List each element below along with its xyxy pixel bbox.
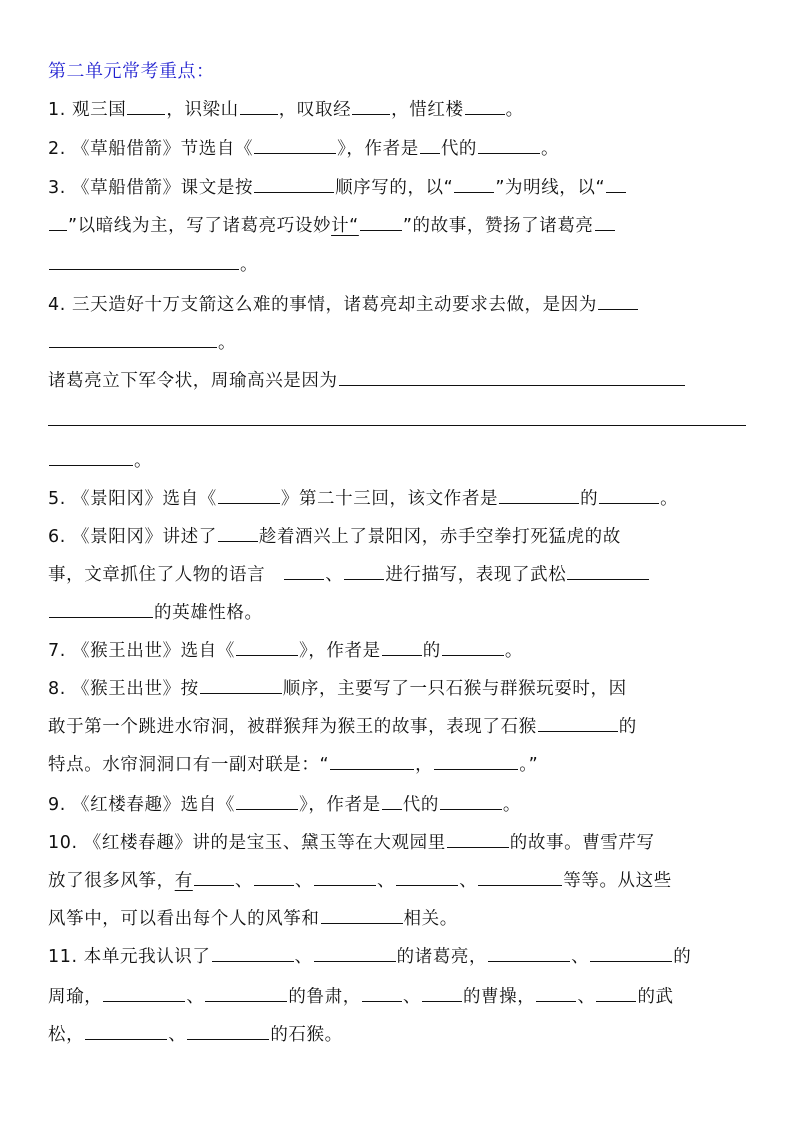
text: 、	[325, 565, 343, 585]
text: 的鲁肃，	[288, 987, 360, 1007]
question-2: 2. 《草船借箭》节选自《》，作者是代的。	[48, 134, 559, 160]
blank-field[interactable]	[606, 173, 626, 193]
blank-field[interactable]	[254, 134, 336, 154]
blank-field[interactable]	[49, 598, 153, 618]
question-4-line-1: 4. 三天造好十万支箭这么难的事情，诸葛亮却主动要求去做，是因为	[48, 290, 639, 316]
text: 4. 三天造好十万支箭这么难的事情，诸葛亮却主动要求去做，是因为	[48, 295, 597, 315]
text: 周瑜，	[48, 987, 102, 1007]
question-3-line-2: ”以暗线为主，写了诸葛亮巧设妙计“”的故事，赞扬了诸葛亮	[48, 211, 616, 237]
blank-field[interactable]	[447, 828, 509, 848]
blank-field[interactable]	[420, 134, 440, 154]
question-11-line-1: 11. 本单元我认识了、的诸葛亮，、的	[48, 942, 691, 968]
text: 5. 《景阳冈》选自《	[48, 489, 217, 509]
text: ，识梁山	[166, 100, 238, 120]
text: 的	[619, 717, 637, 737]
text: 、	[168, 1025, 186, 1045]
text: 9. 《红楼春趣》选自《	[48, 795, 235, 815]
text: 有	[175, 871, 193, 891]
blank-field[interactable]	[187, 1020, 269, 1040]
blank-field[interactable]	[49, 211, 67, 231]
text: 11. 本单元我认识了	[48, 947, 211, 967]
question-4-line-5: 。	[48, 446, 152, 472]
text: ，叹取经	[279, 100, 351, 120]
blank-field[interactable]	[254, 173, 334, 193]
blank-field[interactable]	[499, 484, 579, 504]
question-6-line-1: 6. 《景阳冈》讲述了趁着酒兴上了景阳冈，赤手空拳打死猛虎的故	[48, 522, 621, 548]
text: 事，文章抓住了人物的语言	[48, 565, 265, 585]
blank-field[interactable]	[454, 173, 494, 193]
text: 。	[240, 255, 258, 275]
question-3-line-1: 3. 《草船借箭》课文是按顺序写的，以“”为明线，以“	[48, 173, 627, 199]
text: ，	[415, 755, 433, 775]
question-3-line-3: 。	[48, 250, 258, 276]
question-8-line-3: 特点。水帘洞洞口有一副对联是：“，。”	[48, 750, 538, 776]
text: 、	[377, 871, 395, 891]
text: 、	[235, 871, 253, 891]
text: 7. 《猴王出世》选自《	[48, 641, 235, 661]
blank-field[interactable]	[362, 982, 402, 1002]
blank-field[interactable]	[538, 712, 618, 732]
question-9: 9. 《红楼春趣》选自《》，作者是代的。	[48, 790, 521, 816]
text: 放了很多风筝，	[48, 871, 175, 891]
text: 。	[506, 100, 524, 120]
text: 。	[503, 795, 521, 815]
blank-field[interactable]	[567, 560, 649, 580]
blank-field[interactable]	[478, 134, 540, 154]
text: 》第二十三回，该文作者是	[281, 489, 498, 509]
worksheet-page: 第二单元常考重点： 1. 观三国，识梁山，叹取经，惜红楼。 2. 《草船借箭》节…	[0, 0, 793, 1121]
text: 。	[541, 139, 559, 159]
text: 诸葛亮立下军令状，周瑜高兴是因为	[48, 371, 338, 391]
blank-field[interactable]	[284, 560, 324, 580]
text: 进行描写，表现了武松	[385, 565, 566, 585]
blank-field[interactable]	[590, 942, 672, 962]
text: 3. 《草船借箭》课文是按	[48, 178, 253, 198]
blank-field[interactable]	[127, 95, 165, 115]
blank-field[interactable]	[103, 982, 185, 1002]
question-10-line-3: 风筝中，可以看出每个人的风筝和相关。	[48, 904, 458, 930]
question-11-line-2: 周瑜，、的鲁肃，、的曹操，、的武	[48, 982, 674, 1008]
text: 的石猴。	[270, 1025, 342, 1045]
blank-field[interactable]	[200, 674, 282, 694]
text: 趁着酒兴上了景阳冈，赤手空拳打死猛虎的故	[259, 527, 621, 547]
blank-field[interactable]	[352, 95, 390, 115]
text: 计“	[331, 216, 359, 236]
text: 》，作者是	[337, 139, 419, 159]
question-11-line-3: 松，、的石猴。	[48, 1020, 343, 1046]
text: 相关。	[404, 909, 458, 929]
text: 、	[295, 871, 313, 891]
blank-field[interactable]	[314, 942, 396, 962]
text: 、	[459, 871, 477, 891]
question-8-line-1: 8. 《猴王出世》按顺序，主要写了一只石猴与群猴玩耍时，因	[48, 674, 627, 700]
blank-field[interactable]	[218, 522, 258, 542]
text: 的英雄性格。	[154, 603, 263, 623]
blank-field[interactable]	[599, 484, 659, 504]
blank-field[interactable]	[236, 636, 298, 656]
text: 顺序写的，以“	[335, 178, 453, 198]
blank-field[interactable]	[330, 750, 414, 770]
blank-field[interactable]	[396, 866, 458, 886]
blank-field[interactable]	[236, 790, 298, 810]
text: 的故事。曹雪芹写	[510, 833, 655, 853]
blank-field[interactable]	[85, 1020, 167, 1040]
blank-field[interactable]	[49, 446, 133, 466]
question-10-line-2: 放了很多风筝，有、、、、等等。从这些	[48, 866, 672, 892]
blank-field[interactable]	[488, 942, 570, 962]
text: 风筝中，可以看出每个人的风筝和	[48, 909, 320, 929]
blank-field[interactable]	[254, 866, 294, 886]
text: ”以暗线为主，写了诸葛亮巧设妙	[68, 216, 331, 236]
text: 特点。水帘洞洞口有一副对联是：“	[48, 755, 329, 775]
blank-field[interactable]	[434, 750, 518, 770]
text: 代的	[403, 795, 439, 815]
text: 的	[580, 489, 598, 509]
text: 等等。从这些	[563, 871, 672, 891]
question-1: 1. 观三国，识梁山，叹取经，惜红楼。	[48, 95, 524, 121]
text: 。	[218, 333, 236, 353]
text: 》，作者是	[299, 641, 381, 661]
blank-field[interactable]	[339, 366, 685, 386]
question-4-line-3: 诸葛亮立下军令状，周瑜高兴是因为	[48, 366, 686, 392]
text: 的	[673, 947, 691, 967]
blank-field[interactable]	[49, 328, 217, 348]
blank-field[interactable]	[205, 982, 287, 1002]
text: 。”	[519, 755, 538, 775]
blank-field[interactable]	[536, 982, 576, 1002]
answer-line[interactable]	[48, 425, 746, 426]
text: 。	[660, 489, 678, 509]
text: 2. 《草船借箭》节选自《	[48, 139, 253, 159]
blank-field[interactable]	[440, 790, 502, 810]
blank-field[interactable]	[382, 636, 422, 656]
blank-field[interactable]	[49, 250, 239, 270]
blank-field[interactable]	[344, 560, 384, 580]
blank-field[interactable]	[465, 95, 505, 115]
text: 10. 《红楼春趣》讲的是宝玉、黛玉等在大观园里	[48, 833, 446, 853]
blank-field[interactable]	[422, 982, 462, 1002]
text: 敢于第一个跳进水帘洞，被群猴拜为猴王的故事，表现了石猴	[48, 717, 537, 737]
text: 8. 《猴王出世》按	[48, 679, 199, 699]
text: 1. 观三国	[48, 100, 126, 120]
question-6-line-3: 的英雄性格。	[48, 598, 263, 624]
question-7: 7. 《猴王出世》选自《》，作者是的。	[48, 636, 523, 662]
blank-field[interactable]	[596, 982, 636, 1002]
text: 6. 《景阳冈》讲述了	[48, 527, 217, 547]
blank-field[interactable]	[314, 866, 376, 886]
text: 的	[423, 641, 441, 661]
text: 松，	[48, 1025, 84, 1045]
blank-field[interactable]	[442, 636, 504, 656]
section-heading: 第二单元常考重点：	[48, 60, 215, 84]
blank-field[interactable]	[321, 904, 403, 924]
text: ，惜红楼	[391, 100, 463, 120]
text: 。	[134, 451, 152, 471]
blank-field[interactable]	[382, 790, 402, 810]
text: 的诸葛亮，	[397, 947, 488, 967]
question-10-line-1: 10. 《红楼春趣》讲的是宝玉、黛玉等在大观园里的故事。曹雪芹写	[48, 828, 655, 854]
text: ”的故事，赞扬了诸葛亮	[403, 216, 594, 236]
blank-field[interactable]	[360, 211, 402, 231]
question-4-line-2: 。	[48, 328, 236, 354]
text: 的曹操，	[463, 987, 535, 1007]
text: 、	[577, 987, 595, 1007]
blank-field[interactable]	[595, 211, 615, 231]
blank-field[interactable]	[598, 290, 638, 310]
blank-field[interactable]	[240, 95, 278, 115]
question-5: 5. 《景阳冈》选自《》第二十三回，该文作者是的。	[48, 484, 678, 510]
text: 、	[186, 987, 204, 1007]
text: 、	[403, 987, 421, 1007]
blank-field[interactable]	[218, 484, 280, 504]
blank-field[interactable]	[194, 866, 234, 886]
question-8-line-2: 敢于第一个跳进水帘洞，被群猴拜为猴王的故事，表现了石猴的	[48, 712, 637, 738]
text: ”为明线，以“	[495, 178, 605, 198]
text: 、	[571, 947, 589, 967]
text: 代的	[441, 139, 477, 159]
blank-field[interactable]	[212, 942, 294, 962]
text: 、	[295, 947, 313, 967]
text: 》，作者是	[299, 795, 381, 815]
text: 顺序，主要写了一只石猴与群猴玩耍时，因	[283, 679, 627, 699]
blank-field[interactable]	[478, 866, 562, 886]
text: 的武	[637, 987, 673, 1007]
question-6-line-2: 事，文章抓住了人物的语言、进行描写，表现了武松	[48, 560, 650, 586]
text: 。	[505, 641, 523, 661]
